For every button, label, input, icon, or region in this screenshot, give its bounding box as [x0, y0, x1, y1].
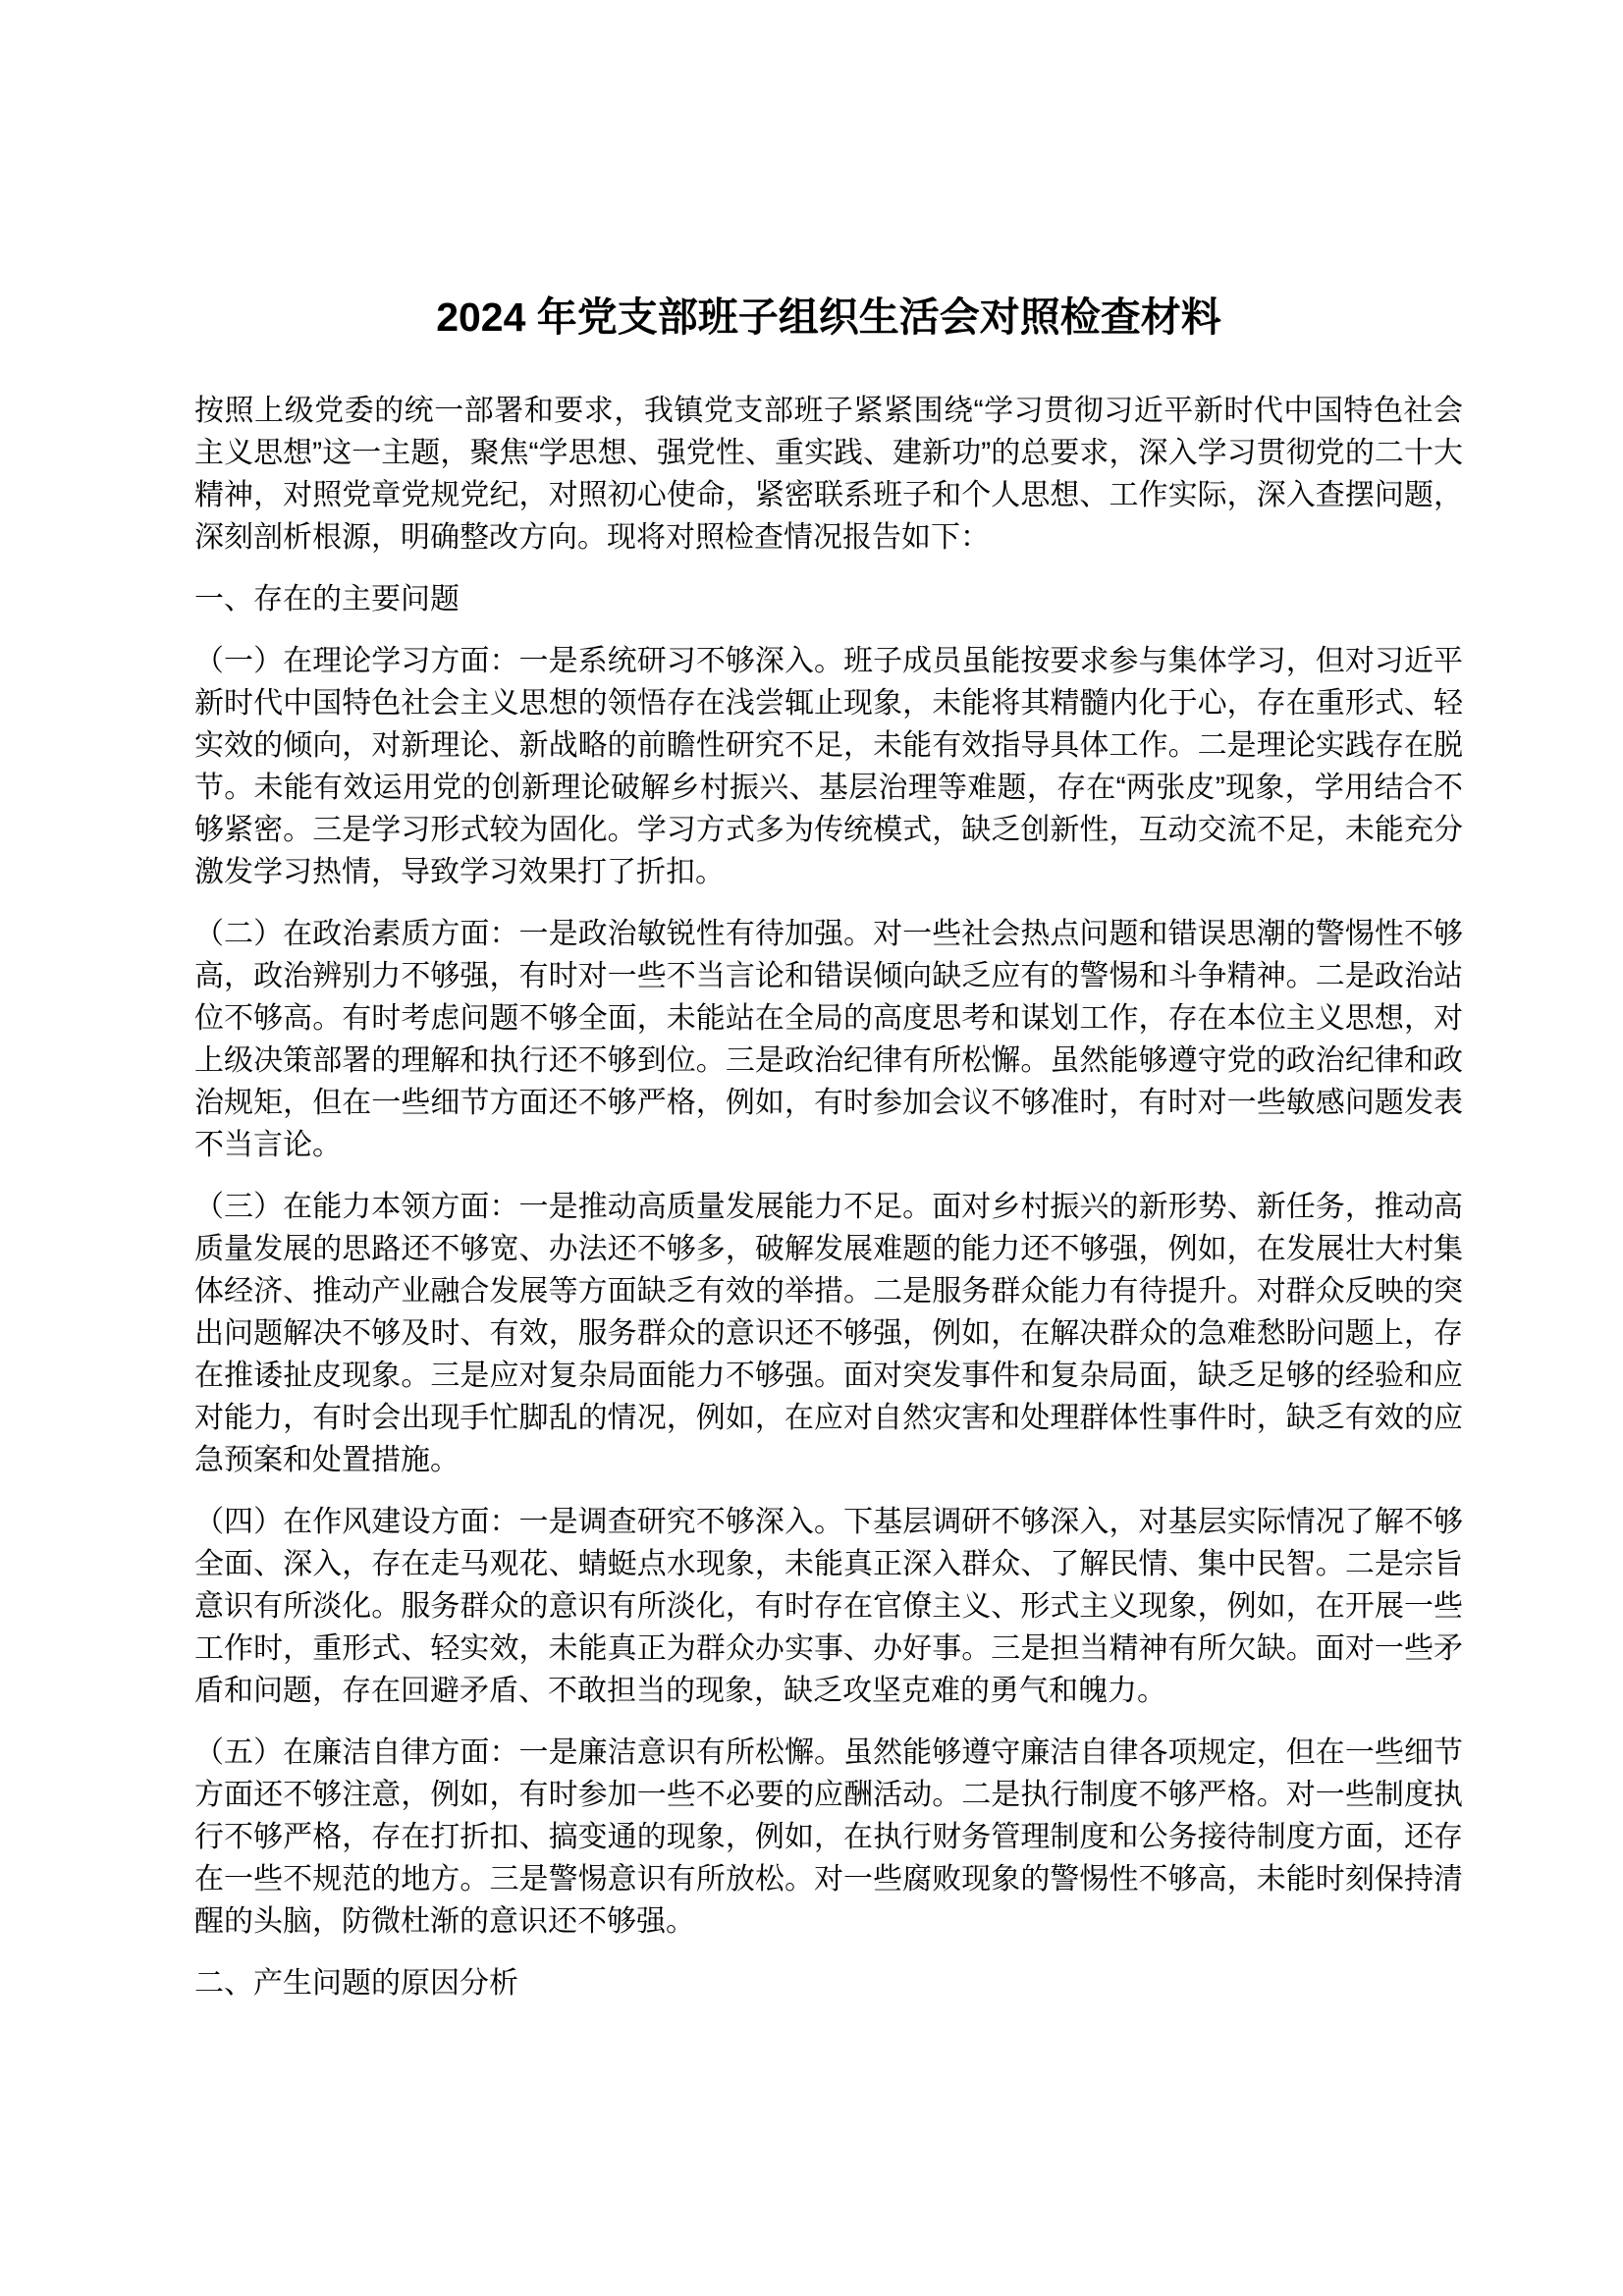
body-paragraph: （五）在廉洁自律方面：一是廉洁意识有所松懈。虽然能够遵守廉洁自律各项规定，但在一…	[194, 1732, 1463, 1943]
body-paragraph: （四）在作风建设方面：一是调查研究不够深入。下基层调研不够深入，对基层实际情况了…	[194, 1501, 1463, 1712]
body-paragraph: （三）在能力本领方面：一是推动高质量发展能力不足。面对乡村振兴的新形势、新任务，…	[194, 1186, 1463, 1481]
body-paragraph: （一）在理论学习方面：一是系统研习不够深入。班子成员虽能按要求参与集体学习，但对…	[194, 640, 1463, 893]
document-page: 2024 年党支部班子组织生活会对照检查材料 按照上级党委的统一部署和要求，我镇…	[0, 0, 1623, 2296]
body-paragraph: （二）在政治素质方面：一是政治敏锐性有待加强。对一些社会热点问题和错误思潮的警惕…	[194, 913, 1463, 1166]
body-paragraph: 按照上级党委的统一部署和要求，我镇党支部班子紧紧围绕“学习贯彻习近平新时代中国特…	[194, 390, 1463, 559]
document-title: 2024 年党支部班子组织生活会对照检查材料	[194, 292, 1463, 343]
section-heading: 一、存在的主要问题	[194, 578, 1463, 620]
document-content: 2024 年党支部班子组织生活会对照检查材料 按照上级党委的统一部署和要求，我镇…	[194, 292, 1463, 2024]
section-heading: 二、产生问题的原因分析	[194, 1962, 1463, 2004]
document-body: 按照上级党委的统一部署和要求，我镇党支部班子紧紧围绕“学习贯彻习近平新时代中国特…	[194, 390, 1463, 2004]
